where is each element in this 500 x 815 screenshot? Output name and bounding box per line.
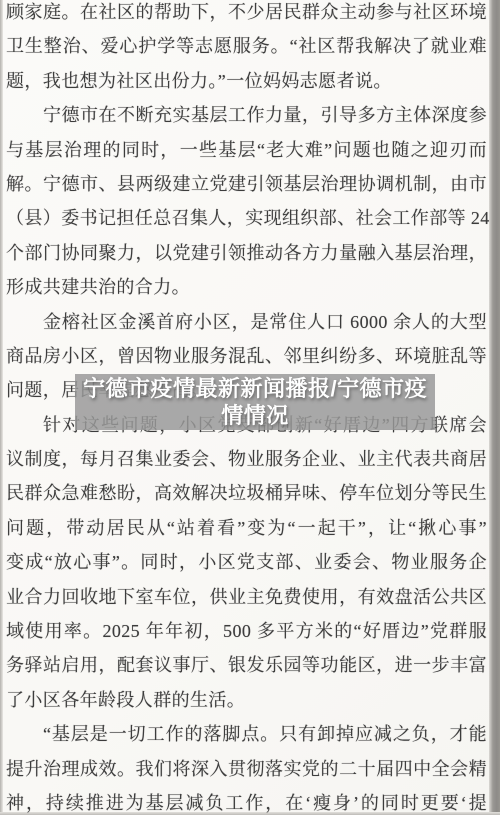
article-line: 了小区各年龄段人群的生活。: [6, 683, 487, 717]
article-line: 议制度，每月召集业委会、物业服务企业、业主代表共商居: [6, 442, 487, 476]
article-line: 解。宁德市、县两级建立党建引领基层治理协调机制，由市: [6, 167, 487, 201]
article-line: 个部门协同聚力，以党建引领推动各方力量融入基层治理，: [6, 236, 487, 270]
article-line: “基层是一切工作的落脚点。只有卸掉应减之负，才能: [6, 717, 487, 751]
article-line: 神，持续推进为基层减负工作，在‘瘦身’的同时更要‘提: [6, 786, 487, 815]
document-page: 顾家庭。在社区的帮助下，不少居民群众主动参与社区环境卫生整治、爱心护学等志愿服务…: [0, 0, 500, 815]
article-line: 务驿站启用，配套议事厅、银发乐园等功能区，进一步丰富: [6, 648, 487, 682]
article-line: 宁德市在不断充实基层工作力量，引导多方主体深度参: [6, 98, 487, 132]
article-line: 域使用率。2025 年年初，500 多平方米的“好厝边”党群服: [6, 614, 487, 648]
article-line: 顾家庭。在社区的帮助下，不少居民群众主动参与社区环境: [6, 0, 487, 29]
article-line: （县）委书记担任总召集人，实现组织部、社会工作部等 24: [6, 201, 487, 235]
article-line: 题，我也想为社区出份力。”一位妈妈志愿者说。: [6, 64, 487, 98]
article-line: 与基层治理的同时，一些基层“老大难”问题也随之迎刃而: [6, 133, 487, 167]
watermark-title-line-2: 情情况: [221, 402, 289, 429]
article-line: 民群众急难愁盼，高效解决垃圾桶异味、停车位划分等民生: [6, 476, 487, 510]
article-line: 金榕社区金溪首府小区，是常住人口 6000 余人的大型: [6, 305, 487, 339]
article-line: 业合力回收地下室车位，供业主免费使用，有效盘活公共区: [6, 580, 487, 614]
article-line: 问题，带动居民从“站着看”变为“一起干”，让“揪心事”: [6, 511, 487, 545]
article-line: 商品房小区，曾因物业服务混乱、邻里纠纷多、环境脏乱等: [6, 339, 487, 373]
article-line: 提升治理成效。我们将深入贯彻落实党的二十届四中全会精: [6, 752, 487, 786]
article-line: 变成“放心事”。同时，小区党支部、业委会、物业服务企: [6, 545, 487, 579]
article-line: 形成共建共治的合力。: [6, 270, 487, 304]
article-line: 卫生整治、爱心护学等志愿服务。“社区帮我解决了就业难: [6, 29, 487, 63]
page-edge-left: [0, 0, 3, 815]
page-edge-right: [489, 0, 500, 815]
watermark-title-line-1: 宁德市疫情最新新闻播报/宁德市疫: [83, 375, 427, 402]
watermark-title-overlay: 宁德市疫情最新新闻播报/宁德市疫 情情况: [75, 374, 435, 430]
